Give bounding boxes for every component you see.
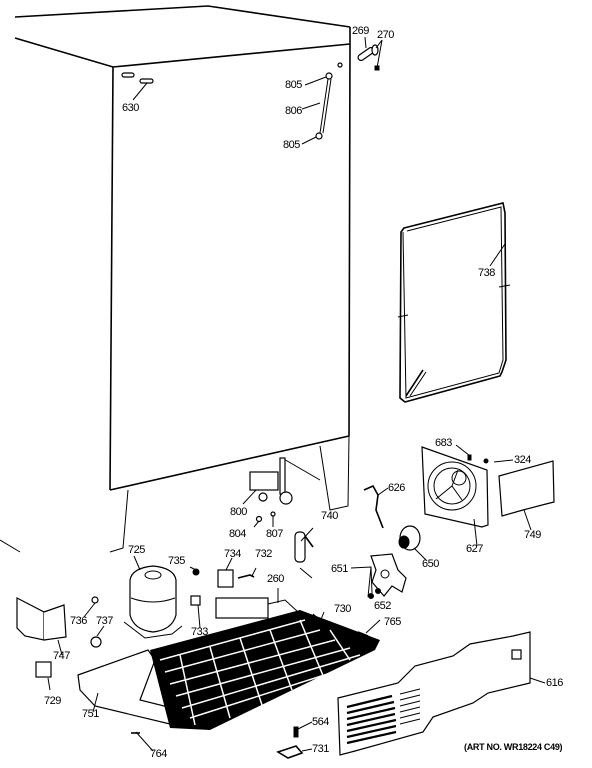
callout-729: 729 <box>44 696 61 707</box>
callout-737: 737 <box>96 616 113 627</box>
compressor-part <box>124 556 182 638</box>
callout-564: 564 <box>312 717 329 728</box>
parts-diagram: 269 270 630 805 806 805 738 683 324 626 … <box>0 0 592 768</box>
callout-734: 734 <box>224 549 241 560</box>
fan-blade-part <box>351 554 406 599</box>
screw-bracket-parts <box>278 722 312 758</box>
heater-loop-part <box>398 203 510 402</box>
callout-800: 800 <box>230 507 247 518</box>
callout-630: 630 <box>122 103 139 114</box>
callout-806: 806 <box>285 106 302 117</box>
callout-751: 751 <box>82 709 99 720</box>
callout-765: 765 <box>384 617 401 628</box>
cabinet-clip-part <box>122 73 153 100</box>
water-tube-part <box>302 63 342 144</box>
callout-616: 616 <box>546 678 563 689</box>
callout-269: 269 <box>352 26 369 37</box>
fan-motor-part <box>399 526 426 560</box>
callout-270: 270 <box>377 30 394 41</box>
callout-805-upper: 805 <box>285 80 302 91</box>
water-valve-part <box>243 458 292 527</box>
callout-804: 804 <box>229 529 246 540</box>
callout-626: 626 <box>388 483 405 494</box>
callout-747: 747 <box>53 651 70 662</box>
callout-807: 807 <box>266 529 283 540</box>
callout-732: 732 <box>255 549 272 560</box>
art-number: (ART NO. WR18224 C49) <box>464 742 562 752</box>
callout-740: 740 <box>321 511 338 522</box>
callout-324: 324 <box>514 455 531 466</box>
callout-736: 736 <box>70 616 87 627</box>
callout-651: 651 <box>331 564 348 575</box>
capacitor-part <box>295 528 313 578</box>
callout-260: 260 <box>267 574 284 585</box>
callout-627: 627 <box>466 544 483 555</box>
callout-805-lower: 805 <box>283 140 300 151</box>
callout-738: 738 <box>478 268 495 279</box>
harness-clip-part <box>364 486 388 528</box>
clip-part <box>358 620 380 636</box>
callout-650: 650 <box>422 559 439 570</box>
callout-749: 749 <box>524 530 541 541</box>
cover-panel-part <box>499 461 554 530</box>
callout-652: 652 <box>374 601 391 612</box>
hinge-part <box>357 37 382 70</box>
fan-shroud-part <box>422 445 513 546</box>
callout-731: 731 <box>312 744 329 755</box>
callout-733: 733 <box>191 627 208 638</box>
callout-730: 730 <box>334 604 351 615</box>
callout-725: 725 <box>128 545 145 556</box>
callout-764: 764 <box>150 749 167 760</box>
callout-683: 683 <box>435 438 452 449</box>
callout-735: 735 <box>168 556 185 567</box>
